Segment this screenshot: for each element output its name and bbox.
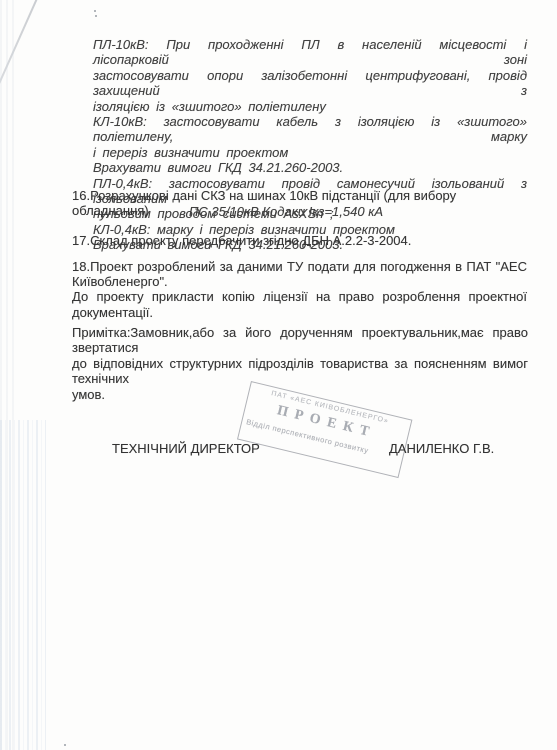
scan-speck [64, 744, 66, 746]
clause15-line: КЛ-10кВ: застосовувати кабель з ізоляціє… [93, 114, 527, 145]
item18-line: документації. [72, 305, 527, 320]
item18-line: 18.Проект розроблений за даними ТУ подат… [72, 259, 527, 274]
item18-paragraph: 18.Проект розроблений за даними ТУ подат… [72, 259, 527, 320]
item18-line: До проекту прикласти копію ліцензії на п… [72, 289, 527, 304]
scan-speck [94, 10, 96, 12]
signer-job-title: ТЕХНІЧНИЙ ДИРЕКТОР [112, 441, 260, 456]
note-paragraph: Примітка:Замовник,або за його дорученням… [72, 325, 528, 402]
scanned-document-page: ПЛ-10кВ: При проходженні ПЛ в населеній … [0, 0, 557, 750]
scan-speck [95, 15, 97, 17]
clause15-line: застосовувати опори залізобетонні центри… [93, 68, 527, 99]
item17-text: 17.Склад проекту передбачити згідно ДБН … [72, 233, 527, 248]
clause15-line: і переріз визначити проектом [93, 145, 527, 160]
signer-name: ДАНИЛЕНКО Г.В. [389, 441, 494, 456]
note-line: до відповідних структурних підрозділів т… [72, 356, 528, 387]
item16-substation-data: ПС 35/10кВ Кодаки Ікз=1,540 кА [72, 204, 500, 219]
clause15-line: Врахувати вимоги ГКД 34.21.260-2003. [93, 160, 527, 175]
note-line: Примітка:Замовник,або за його дорученням… [72, 325, 528, 356]
item18-line: Київобленерго". [72, 274, 527, 289]
scan-streaks-bottom-left [0, 420, 46, 750]
clause15-line: ПЛ-10кВ: При проходженні ПЛ в населеній … [93, 37, 527, 68]
clause15-requirements-paragraph: ПЛ-10кВ: При проходженні ПЛ в населеній … [93, 37, 527, 253]
clause15-line: ізоляцією із «зшитого» поліетилену [93, 99, 527, 114]
